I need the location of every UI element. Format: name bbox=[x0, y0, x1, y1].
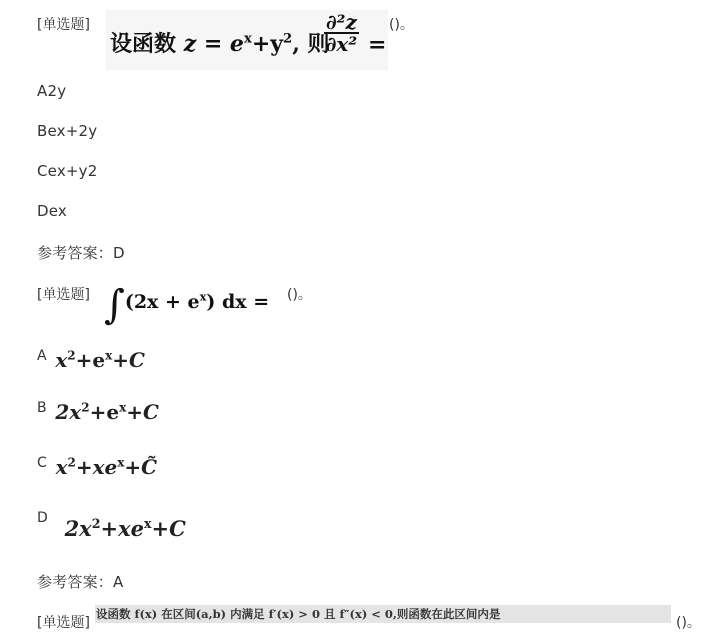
stem-math: (2x + e bbox=[125, 291, 200, 313]
option-b[interactable]: Bex+2y bbox=[37, 122, 97, 140]
question-type-tag: [单选题] bbox=[37, 612, 90, 632]
option-expression: x2+ex+C bbox=[55, 348, 145, 372]
integral-sign: ∫ bbox=[104, 282, 125, 328]
option-expression: 2x2+ex+C bbox=[55, 400, 159, 424]
option-b[interactable]: B 2x2+ex+C bbox=[37, 400, 159, 424]
answer-blank: ()。 bbox=[287, 284, 312, 304]
equals-sign: = bbox=[368, 32, 386, 58]
option-letter: C bbox=[37, 455, 47, 471]
option-d[interactable]: D 2x2+xex+C bbox=[37, 510, 186, 535]
answer-blank: ()。 bbox=[389, 14, 414, 34]
option-letter: B bbox=[37, 400, 47, 416]
option-a[interactable]: A x2+ex+C bbox=[37, 348, 145, 372]
option-c[interactable]: C x2+xex+C̃ bbox=[37, 455, 157, 479]
question-1-stem-image: 设函数 z = ex+y2, 则 ∂²z ∂x² = bbox=[106, 10, 388, 70]
question-type-tag: [单选题] bbox=[37, 284, 90, 304]
question-3-stem-image: 设函数 f(x) 在区间(a,b) 内满足 f′(x) > 0 且 f″(x) … bbox=[95, 605, 671, 623]
option-a[interactable]: A2y bbox=[37, 82, 66, 100]
question-2-stem-image: ∫(2x + ex) dx = bbox=[104, 282, 269, 328]
stem-math: ) dx = bbox=[206, 291, 269, 313]
fraction-denominator: ∂x² bbox=[324, 34, 359, 54]
stem-sup: 2 bbox=[283, 32, 292, 47]
option-expression: x2+xex+C̃ bbox=[56, 455, 158, 479]
fraction-numerator: ∂²z bbox=[324, 12, 359, 34]
partial-derivative-fraction: ∂²z ∂x² bbox=[324, 12, 359, 54]
option-expression: 2x2+xex+C bbox=[65, 516, 186, 541]
option-letter: D bbox=[37, 510, 48, 526]
answer-blank: ()。 bbox=[676, 612, 701, 632]
option-letter: A bbox=[37, 348, 47, 364]
question-type-tag: [单选题] bbox=[37, 14, 90, 34]
stem-text: 设函数 bbox=[110, 31, 176, 57]
reference-answer: 参考答案：A bbox=[37, 571, 123, 592]
stem-sup: x bbox=[244, 32, 252, 47]
stem-math: +y bbox=[252, 31, 283, 57]
option-d[interactable]: Dex bbox=[37, 202, 67, 220]
stem-math: z = e bbox=[184, 31, 244, 57]
option-c[interactable]: Cex+y2 bbox=[37, 162, 98, 180]
reference-answer: 参考答案：D bbox=[37, 242, 125, 263]
